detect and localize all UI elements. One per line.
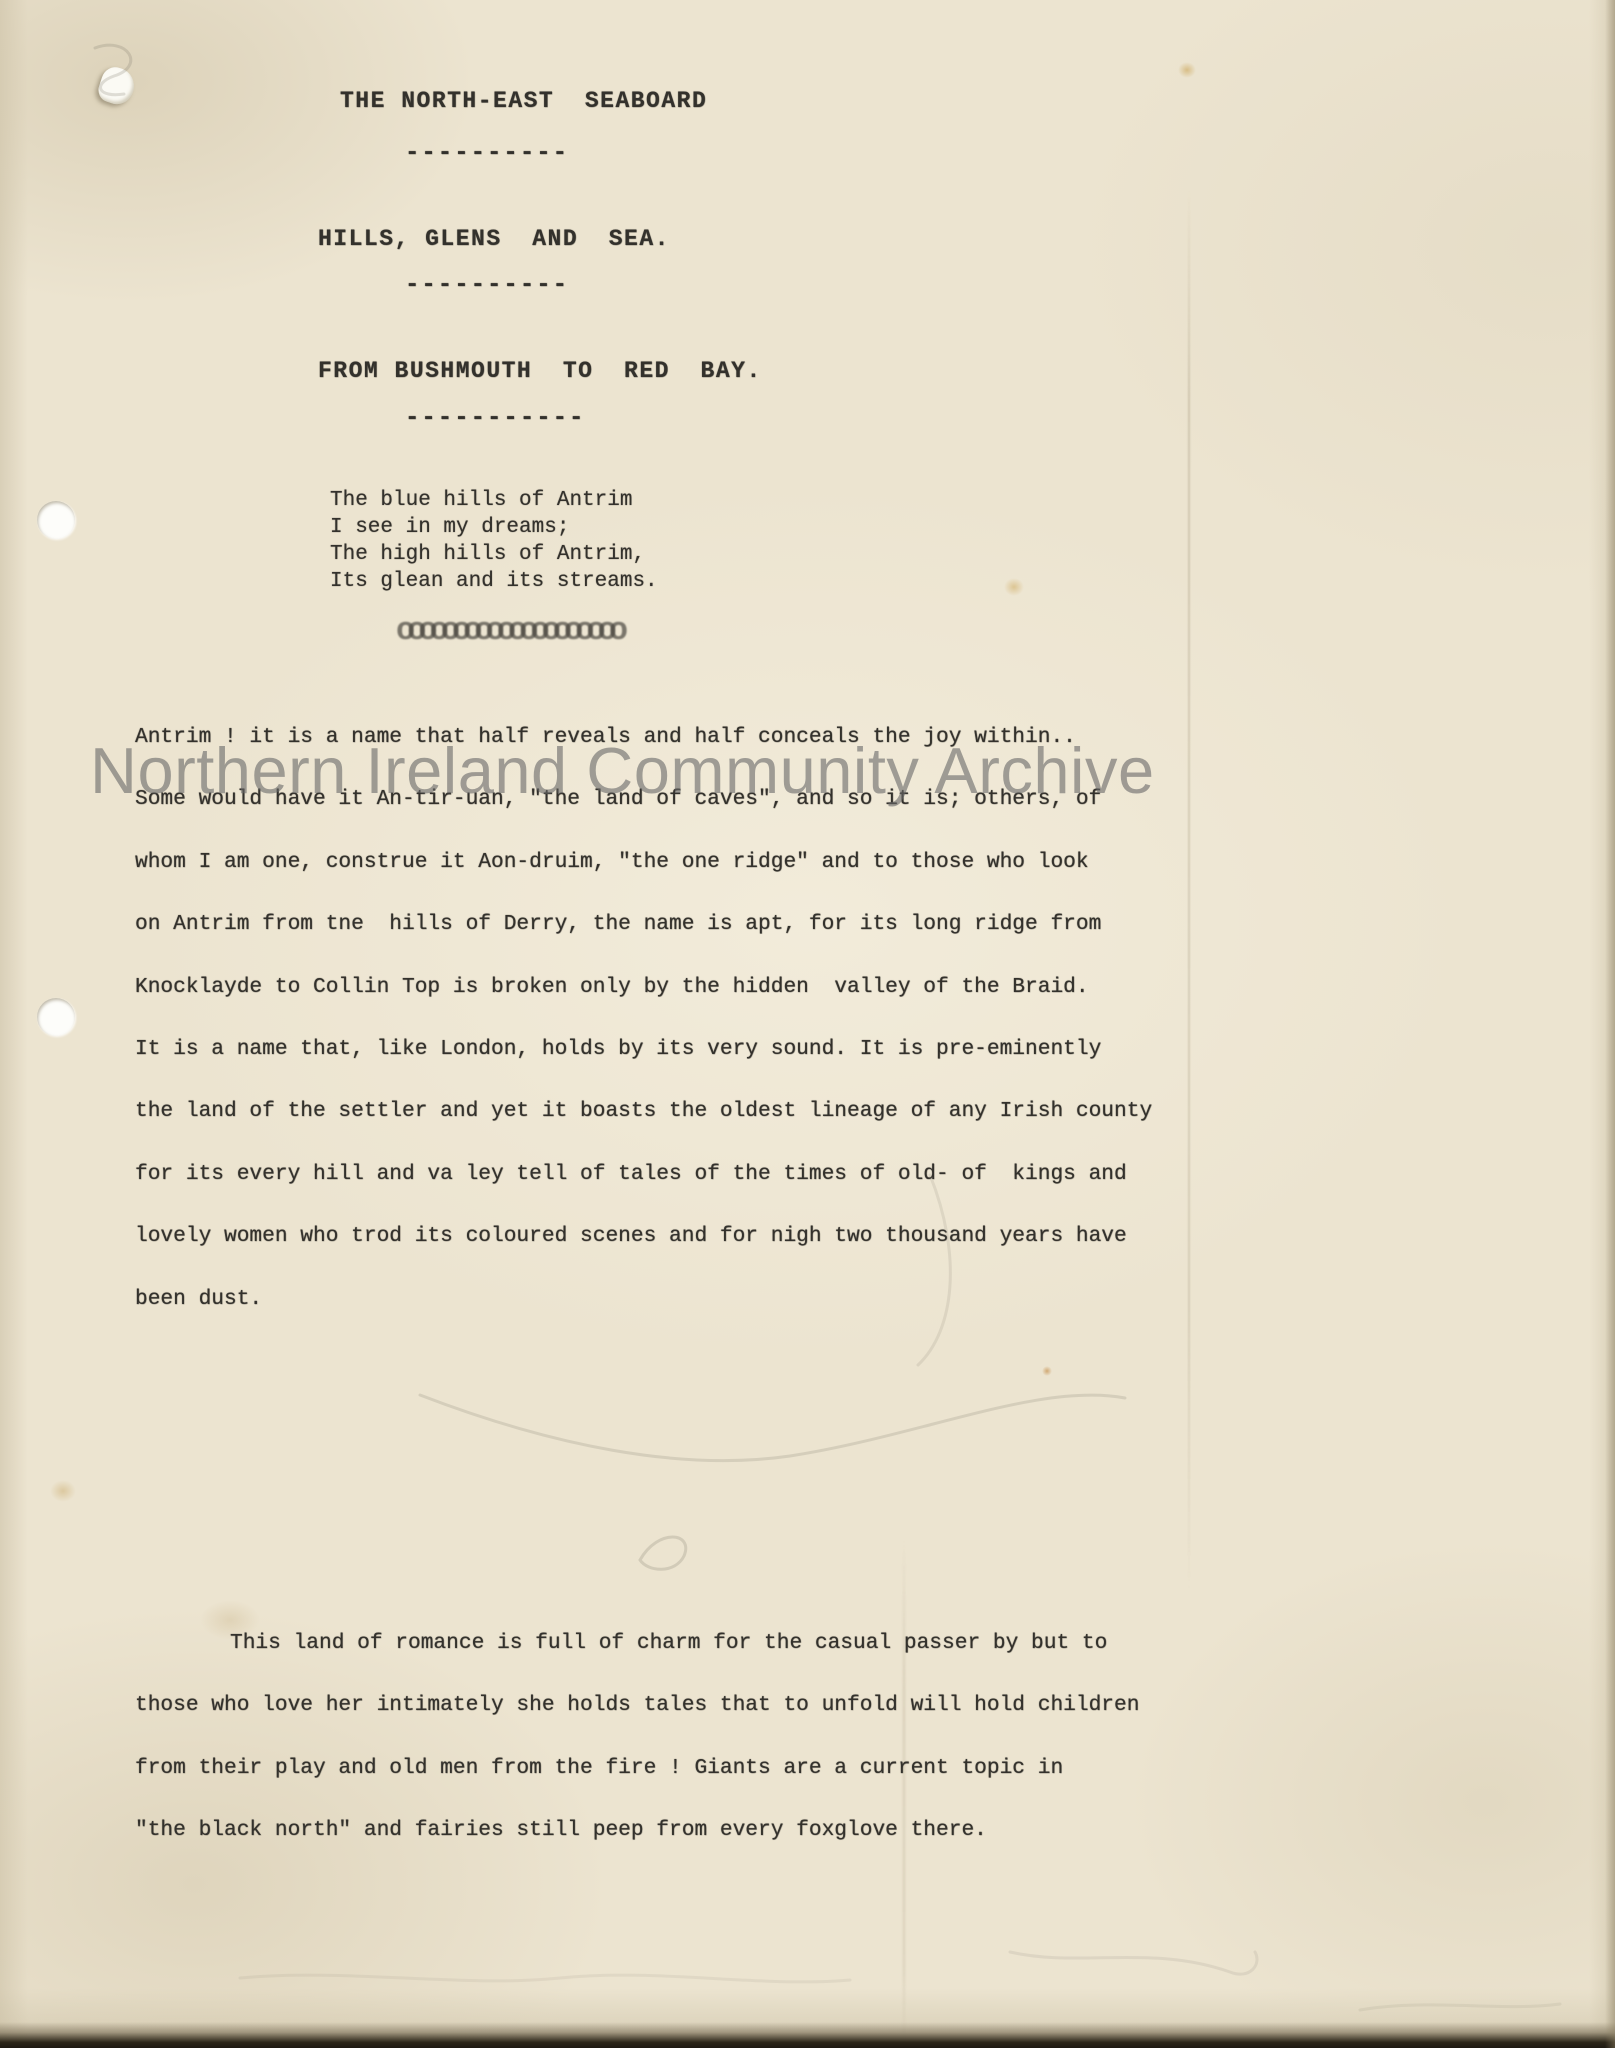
text-line: those who love her intimately she holds … — [135, 1674, 1139, 1736]
text-line: from their play and old men from the fir… — [135, 1737, 1139, 1799]
punch-hole-top — [37, 501, 75, 539]
typed-flourish: oooooooooooooooooooo — [396, 612, 620, 649]
poem-line: The blue hills of Antrim — [330, 487, 658, 514]
dashed-rule-2: ---------- — [405, 272, 569, 299]
document-subtitle: HILLS, GLENS AND SEA. — [318, 226, 670, 252]
text-line: Knocklayde to Collin Top is broken only … — [135, 956, 1152, 1018]
text-line: the land of the settler and yet it boast… — [135, 1080, 1152, 1142]
text-line: lovely women who trod its coloured scene… — [135, 1205, 1152, 1267]
document-title: THE NORTH-EAST SEABOARD — [340, 88, 707, 114]
paragraph-2: This land of romance is full of charm fo… — [135, 1612, 1139, 1862]
scan-edge-bottom — [0, 2022, 1615, 2048]
fold-crease — [1188, 190, 1190, 1590]
scanned-document-page: THE NORTH-EAST SEABOARD ---------- HILLS… — [0, 0, 1615, 2048]
dashed-rule-3: ----------- — [405, 405, 585, 432]
text-line: It is a name that, like London, holds by… — [135, 1018, 1152, 1080]
poem-line: I see in my dreams; — [330, 514, 658, 541]
stain — [1042, 1366, 1052, 1376]
poem-epigraph: The blue hills of Antrim I see in my dre… — [330, 487, 658, 595]
punch-hole-bottom — [37, 998, 75, 1036]
poem-line: The high hills of Antrim, — [330, 541, 658, 568]
archive-watermark: Northern Ireland Community Archive — [90, 733, 1155, 808]
text-line: been dust. — [135, 1268, 1152, 1330]
text-line: on Antrim from tne hills of Derry, the n… — [135, 893, 1152, 955]
paper-tear — [95, 64, 138, 109]
poem-line: Its glean and its streams. — [330, 568, 658, 595]
text-line: "the black north" and fairies still peep… — [135, 1799, 1139, 1861]
stain — [1004, 578, 1024, 596]
section-title: FROM BUSHMOUTH TO RED BAY. — [318, 358, 762, 384]
stain — [1178, 62, 1196, 78]
stain — [50, 1480, 76, 1502]
dashed-rule-1: ---------- — [405, 140, 569, 167]
text-line: whom I am one, construe it Aon-druim, "t… — [135, 831, 1152, 893]
text-line: for its every hill and va ley tell of ta… — [135, 1143, 1152, 1205]
text-line: This land of romance is full of charm fo… — [135, 1612, 1139, 1674]
scan-edge-right — [1605, 0, 1615, 2048]
